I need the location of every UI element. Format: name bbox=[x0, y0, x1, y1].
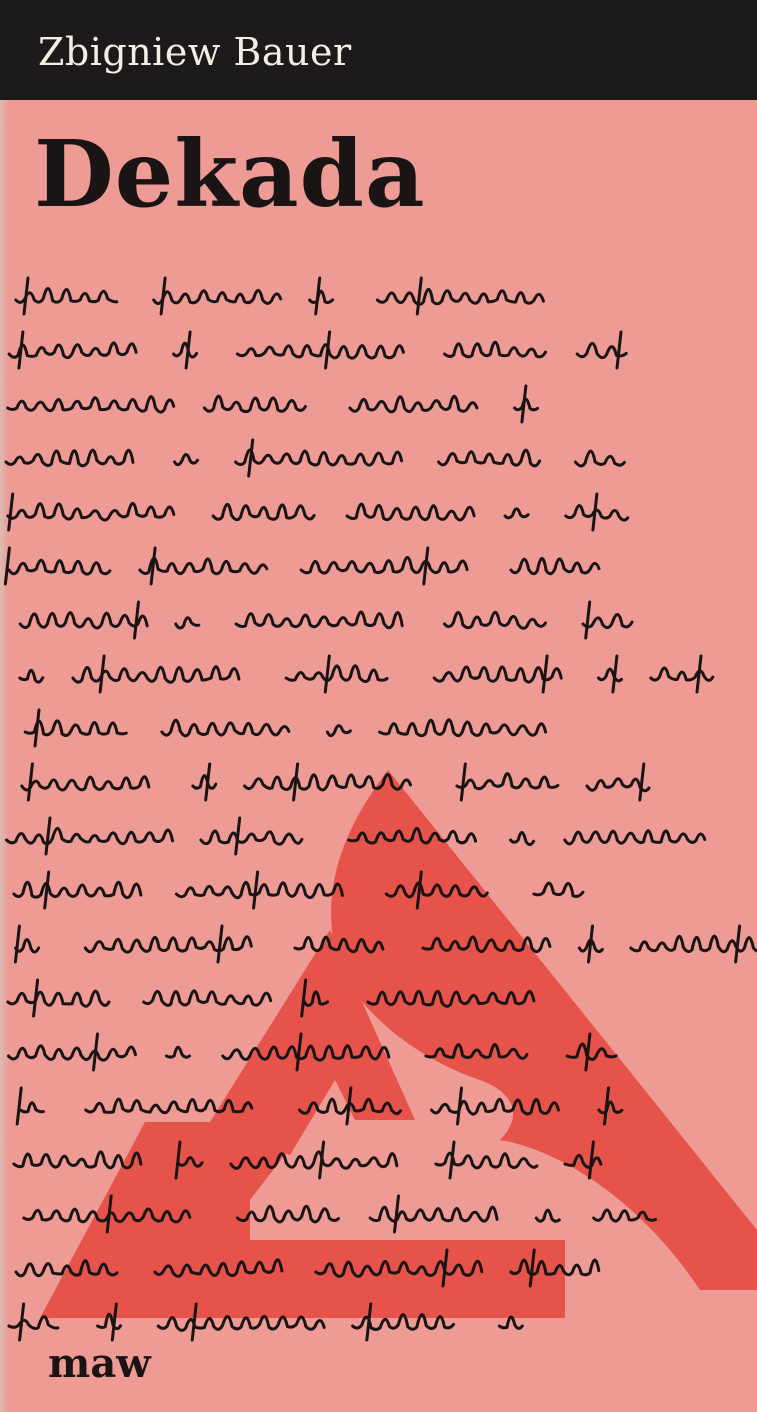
book-title: Dekada bbox=[34, 128, 426, 220]
publisher-name: maw bbox=[48, 1340, 151, 1387]
